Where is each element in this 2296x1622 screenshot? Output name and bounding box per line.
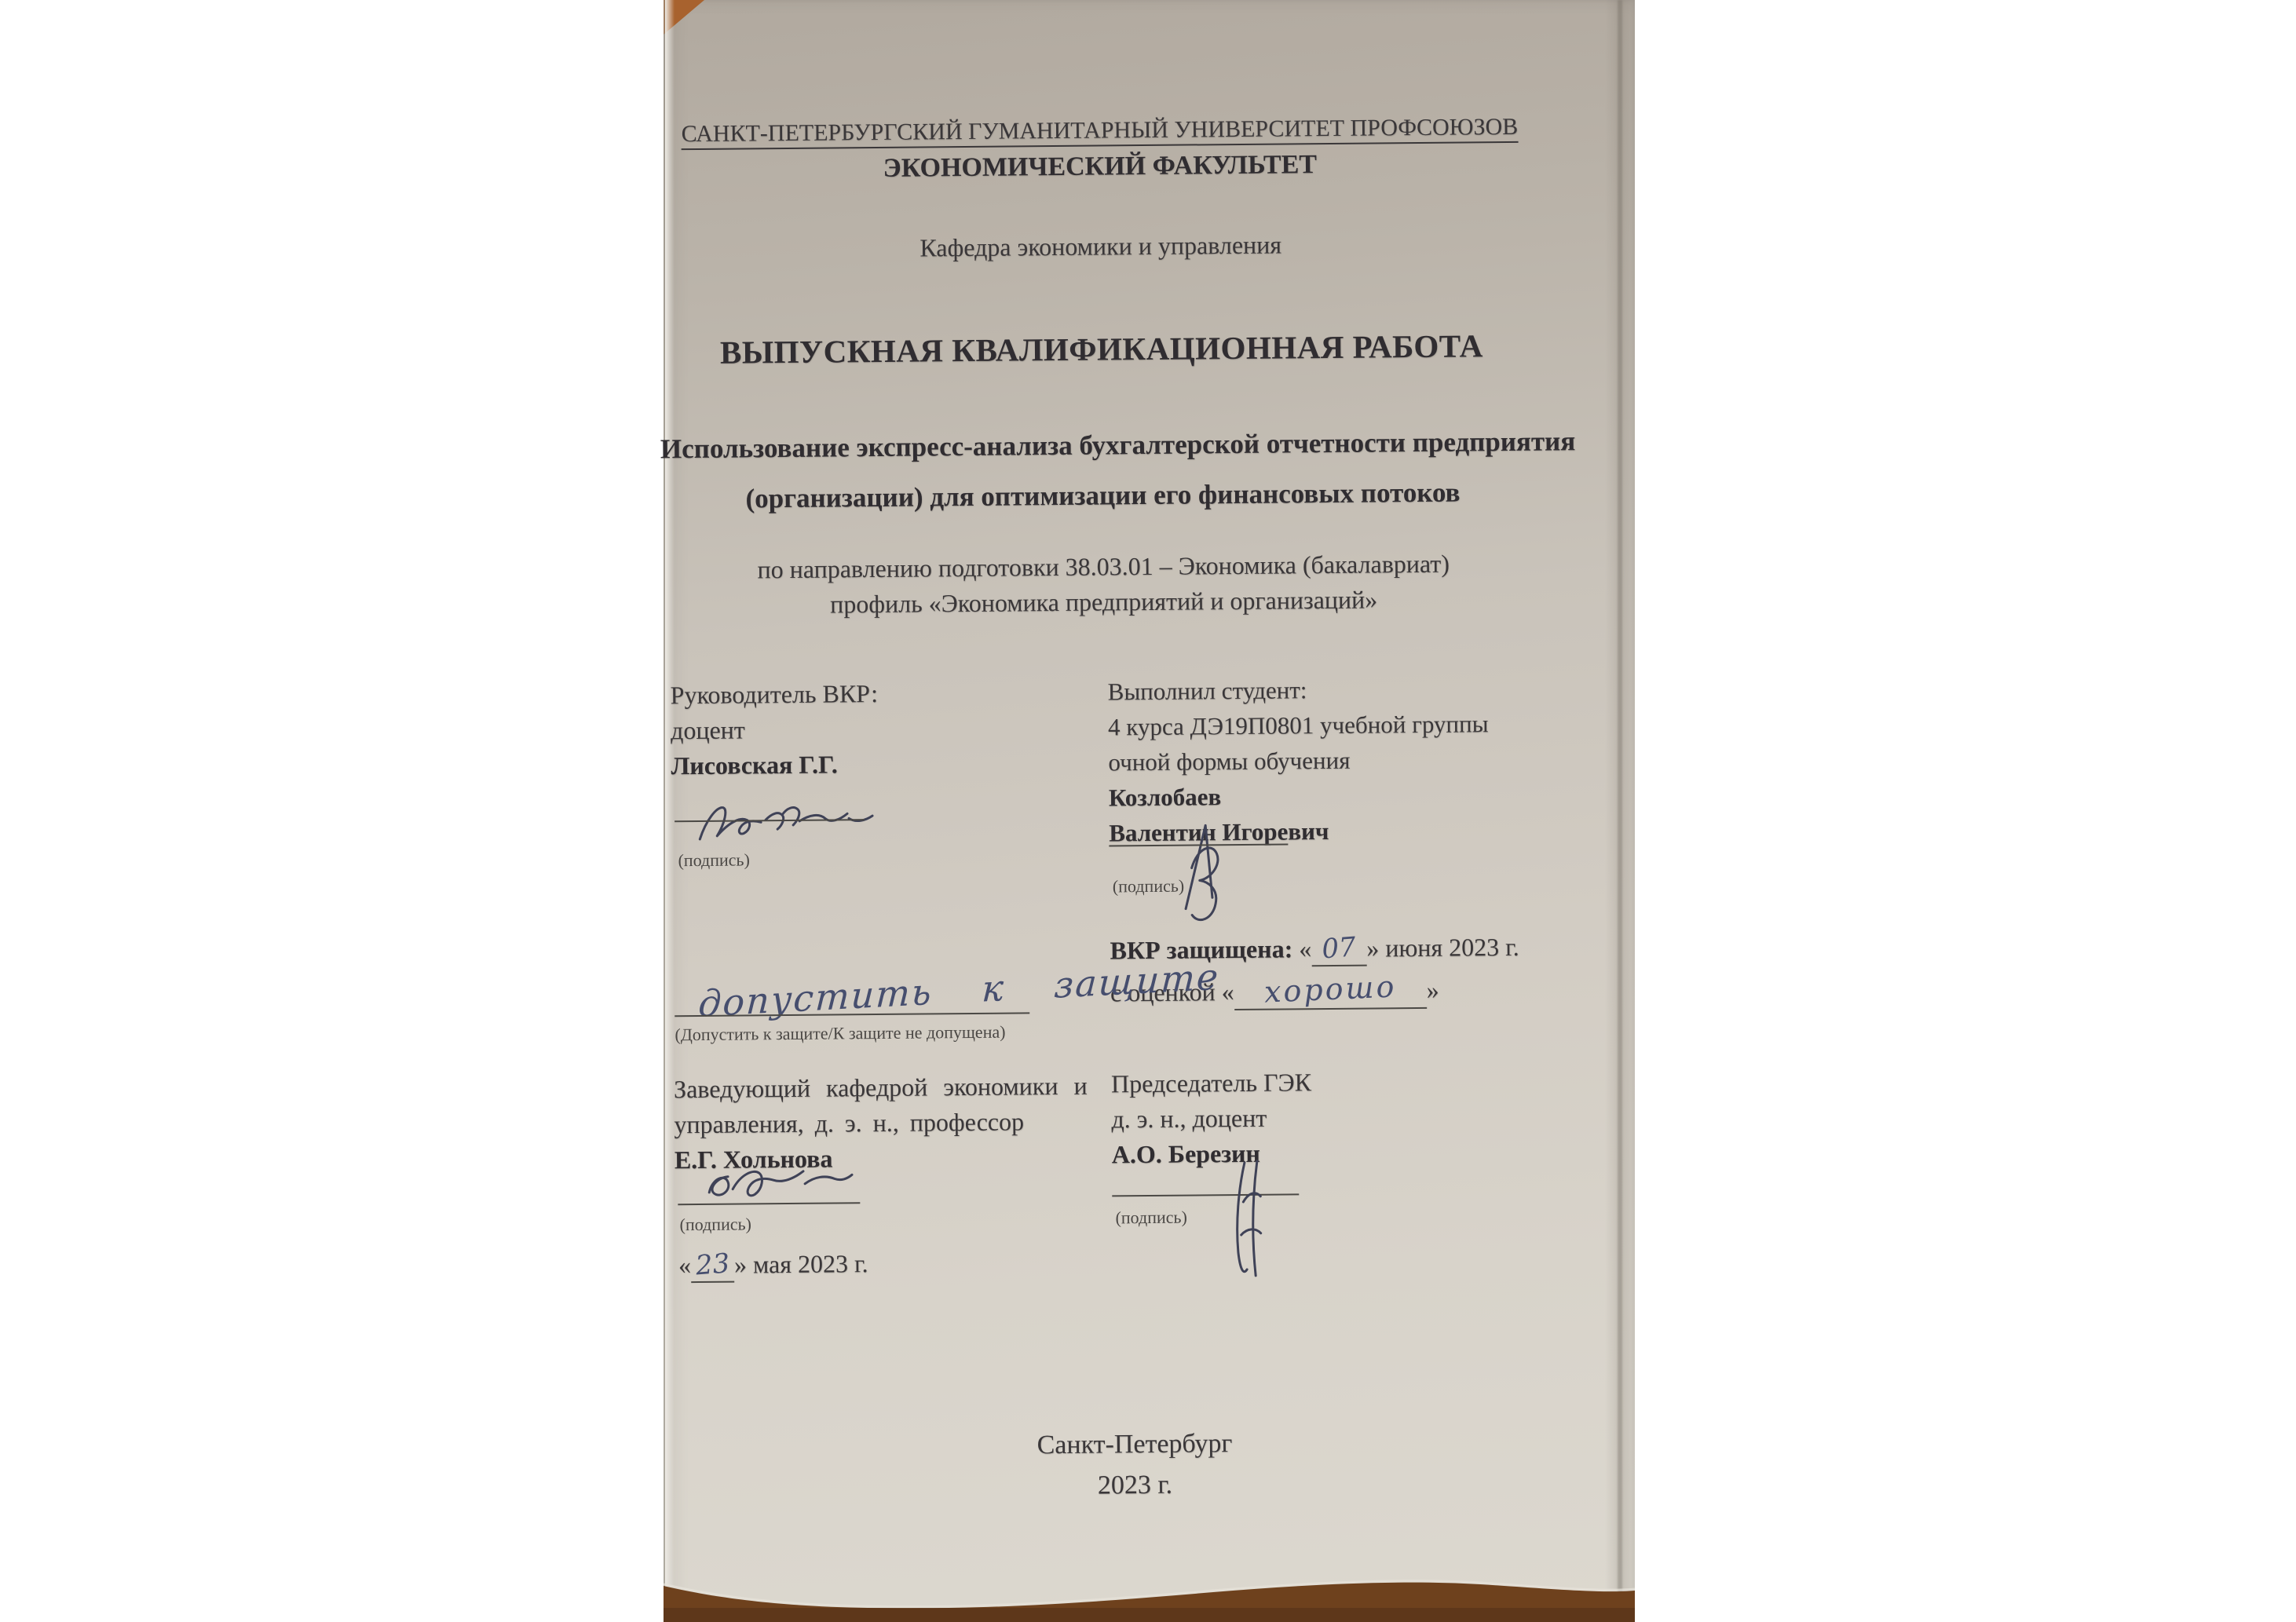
gec-chair-line2: д. э. н., доцент — [1111, 1100, 1311, 1137]
supervisor-label: Руководитель ВКР: — [670, 676, 878, 713]
admission-caption: (Допустить к защите/К защите не допущена… — [675, 1022, 1005, 1046]
footer-year: 2023 г. — [693, 1466, 1577, 1506]
grade-handwritten: хорошо — [1263, 969, 1397, 1010]
head-day-blank: 23 — [691, 1249, 734, 1283]
department-head-line2: управления, д. э. н., профессор — [674, 1104, 1088, 1143]
gec-chair-signature — [1208, 1154, 1296, 1282]
student-surname: Козлобаев — [1109, 776, 1490, 815]
gec-chair-line1: Председатель ГЭК — [1111, 1065, 1311, 1101]
supervisor-block: Руководитель ВКР: доцент Лисовская Г.Г. — [670, 676, 879, 784]
thesis-title-line1: Использование экспресс-анализа бухгалтер… — [660, 426, 1545, 466]
student-signature — [1158, 816, 1261, 934]
page-content: САНКТ-ПЕТЕРБУРГСКИЙ ГУМАНИТАРНЫЙ УНИВЕРС… — [656, 0, 1642, 1622]
department-name: Кафедра экономики и управления — [659, 228, 1543, 265]
supervisor-signature — [693, 797, 879, 847]
defense-day-handwritten: 07 — [1321, 931, 1357, 966]
supervisor-sign-caption: (подпись) — [678, 849, 750, 871]
department-head-line1: Заведующий кафедрой экономики и — [674, 1069, 1088, 1108]
thesis-title-line2: (организации) для оптимизации его финанс… — [660, 476, 1545, 517]
department-head-date-line: «23» мая 2023 г. — [678, 1248, 868, 1283]
profile-line: профиль «Экономика предприятий и организ… — [662, 583, 1546, 621]
faculty-name: ЭКОНОМИЧЕСКИЙ ФАКУЛЬТЕТ — [658, 148, 1542, 188]
student-label: Выполнил студент: — [1107, 670, 1488, 709]
defense-day-blank: 07 — [1311, 933, 1366, 966]
table-edge — [664, 1559, 1635, 1622]
student-course-group: 4 курса ДЭ19П0801 учебной группы — [1108, 706, 1489, 744]
student-study-form: очной формы обучения — [1108, 741, 1489, 780]
head-day-handwritten: 23 — [694, 1248, 730, 1282]
university-name: САНКТ-ПЕТЕРБУРГСКИЙ ГУМАНИТАРНЫЙ УНИВЕРС… — [657, 113, 1541, 149]
grade-blank: хорошо — [1234, 971, 1427, 1010]
program-line: по направлению подготовки 38.03.01 – Эко… — [661, 548, 1545, 586]
document-page: САНКТ-ПЕТЕРБУРГСКИЙ ГУМАНИТАРНЫЙ УНИВЕРС… — [664, 0, 1635, 1622]
gec-chair-sign-caption: (подпись) — [1115, 1207, 1187, 1229]
footer-city: Санкт-Петербург — [693, 1425, 1577, 1465]
supervisor-name: Лисовская Г.Г. — [671, 747, 879, 784]
department-head-sign-caption: (подпись) — [679, 1214, 751, 1235]
work-type-heading: ВЫПУСКНАЯ КВАЛИФИКАЦИОННАЯ РАБОТА — [660, 327, 1544, 373]
student-sign-caption: (подпись) — [1113, 876, 1185, 897]
scanned-photo: САНКТ-ПЕТЕРБУРГСКИЙ ГУМАНИТАРНЫЙ УНИВЕРС… — [0, 0, 2296, 1622]
supervisor-position: доцент — [671, 711, 879, 748]
